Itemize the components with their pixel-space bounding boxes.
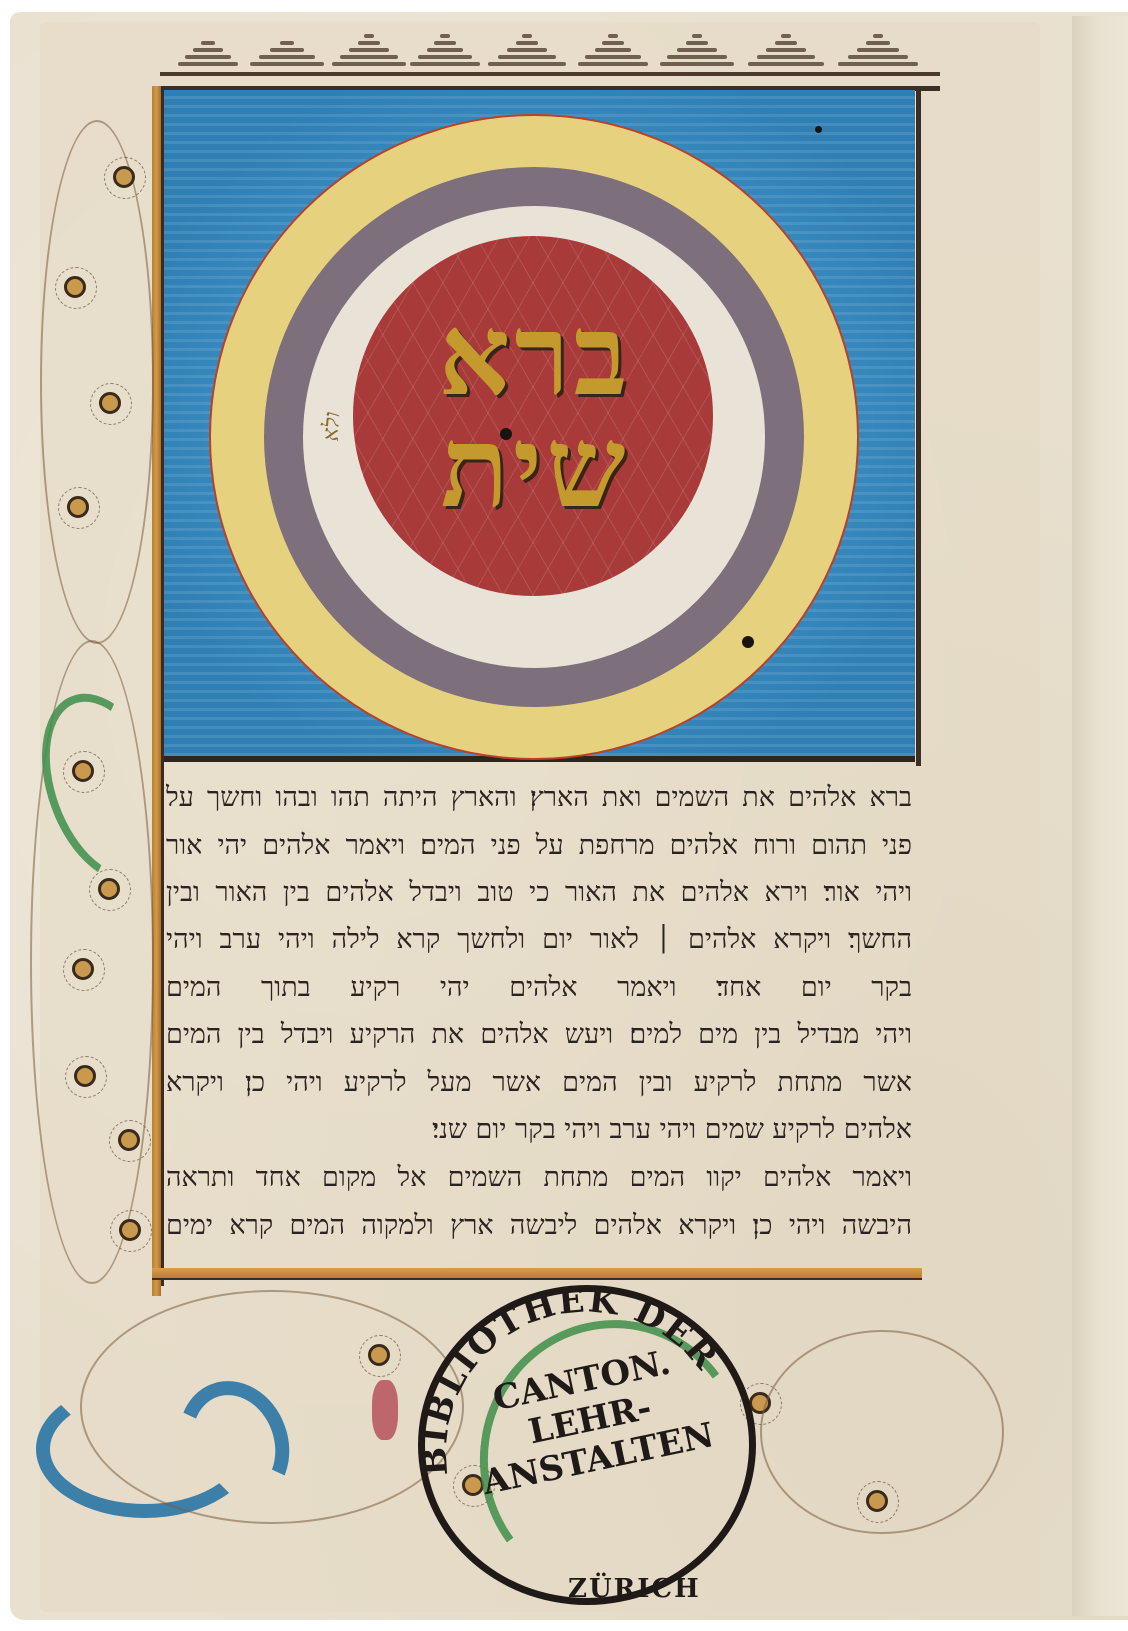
panel-frame-right bbox=[916, 86, 921, 766]
text-line: אשר מתחת לרקיע ובין המים אשר מעל לרקיע ו… bbox=[166, 1067, 912, 1098]
text-line: ויאמר אלהים יקוו המים מתחת השמים אל מקום… bbox=[166, 1162, 912, 1193]
top-pyramid-border bbox=[160, 14, 940, 72]
pinhole bbox=[742, 636, 754, 648]
bottom-vine bbox=[80, 1290, 464, 1524]
initial-word-top: ברא bbox=[400, 300, 670, 412]
genesis-text-block: ברא אלהים את השמים ואת הארץ׃ והארץ היתה … bbox=[166, 770, 912, 1270]
left-dark-rule bbox=[161, 86, 164, 1286]
pinhole bbox=[815, 126, 822, 133]
initial-word-bereshit: ברא שית bbox=[400, 300, 670, 524]
text-line: היבשה ויהי כן׃ ויקרא אלהים ליבשה ארץ ולמ… bbox=[166, 1210, 912, 1241]
pyramid-ornament bbox=[250, 41, 324, 66]
top-rule bbox=[160, 72, 940, 76]
initial-word-bottom: שית bbox=[400, 412, 670, 524]
pyramid-ornament bbox=[488, 34, 566, 66]
pyramid-ornament bbox=[178, 41, 238, 66]
pyramid-ornament bbox=[578, 34, 648, 66]
left-gold-border bbox=[152, 86, 161, 1296]
text-line: החשך׃ ויקרא אלהים ׀ לאור יום ולחשך קרא ל… bbox=[166, 924, 912, 955]
text-line: בקר יום אחד׃ ויאמר אלהים יהי רקיע בתוך ה… bbox=[166, 972, 912, 1003]
margin-vine bbox=[40, 120, 154, 644]
margin-flower-icon bbox=[64, 276, 86, 298]
text-line: אלהים לרקיע שמים ויהי ערב ויהי בקר יום ש… bbox=[352, 1114, 912, 1145]
pinhole bbox=[500, 428, 512, 440]
bottom-gold-border bbox=[152, 1268, 922, 1280]
margin-flower-icon bbox=[72, 958, 94, 980]
margin-flower-icon bbox=[118, 1129, 140, 1151]
svg-text:ולא בשבילי שבעה דברים נבראו בע: ולא בשבילי שבעה דברים נבראו בעולם... זה … bbox=[303, 206, 345, 442]
svg-text:ZÜRICH: ZÜRICH bbox=[568, 1572, 701, 1604]
bottom-vine bbox=[760, 1330, 1004, 1534]
pyramid-ornament bbox=[332, 34, 406, 66]
margin-flower-icon bbox=[119, 1219, 141, 1241]
margin-flower-icon bbox=[113, 166, 135, 188]
pyramid-ornament bbox=[748, 34, 824, 66]
text-line: ברא אלהים את השמים ואת הארץ׃ והארץ היתה … bbox=[166, 782, 912, 813]
text-line: ויהי מבדיל בין מים למים׃ ויעש אלהים את ה… bbox=[166, 1019, 912, 1050]
margin-flower-icon bbox=[67, 496, 89, 518]
text-line: ויהי אור׃ וירא אלהים את האור כי טוב ויבד… bbox=[166, 877, 912, 908]
pyramid-ornament bbox=[838, 34, 918, 66]
pyramid-ornament bbox=[410, 34, 480, 66]
margin-flower-icon bbox=[99, 392, 121, 414]
pyramid-ornament bbox=[660, 34, 734, 66]
margin-flower-icon bbox=[74, 1065, 96, 1087]
text-line: פני תהום ורוח אלהים מרחפת על פני המים׃ ו… bbox=[166, 830, 912, 861]
page-gutter-fold bbox=[1072, 16, 1128, 1616]
